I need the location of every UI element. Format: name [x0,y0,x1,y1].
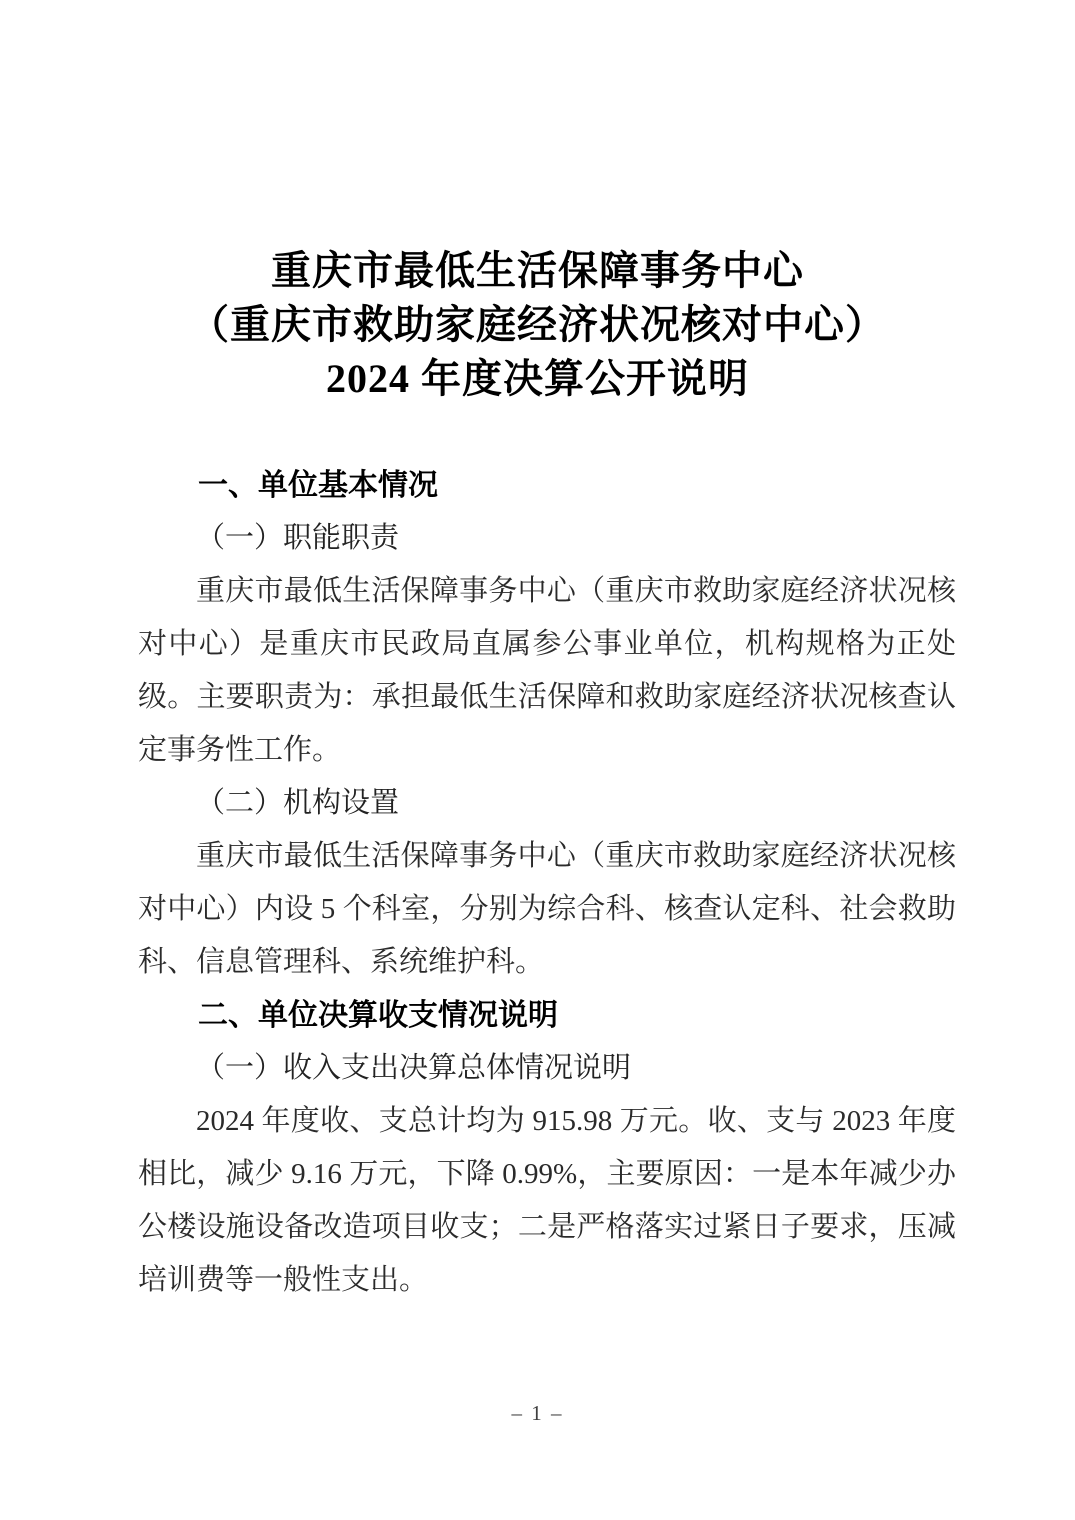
section-1-2-paragraph: 重庆市最低生活保障事务中心（重庆市救助家庭经济状况核对中心）内设 5 个科室，分… [138,830,956,989]
section-1-2-heading: （二）机构设置 [138,777,956,830]
section-1-heading: 一、单位基本情况 [138,459,956,512]
section-1-1-heading: （一）职能职责 [138,512,956,565]
title-line-2: （重庆市救助家庭经济状况核对中心） [0,298,1075,352]
title-line-3: 2024 年度决算公开说明 [0,352,1075,406]
section-1-1-paragraph: 重庆市最低生活保障事务中心（重庆市救助家庭经济状况核对中心）是重庆市民政局直属参… [138,565,956,777]
page-footer: – 1 – [0,1401,1075,1426]
section-2-heading: 二、单位决算收支情况说明 [138,989,956,1042]
title-line-1: 重庆市最低生活保障事务中心 [0,244,1075,298]
document-page: 重庆市最低生活保障事务中心 （重庆市救助家庭经济状况核对中心） 2024 年度决… [0,0,1075,1520]
section-2-1-paragraph: 2024 年度收、支总计均为 915.98 万元。收、支与 2023 年度相比，… [138,1095,956,1307]
section-2-1-heading: （一）收入支出决算总体情况说明 [138,1042,956,1095]
page-number: – 1 – [512,1401,564,1425]
document-title: 重庆市最低生活保障事务中心 （重庆市救助家庭经济状况核对中心） 2024 年度决… [0,244,1075,406]
document-body: 一、单位基本情况 （一）职能职责 重庆市最低生活保障事务中心（重庆市救助家庭经济… [138,459,956,1307]
